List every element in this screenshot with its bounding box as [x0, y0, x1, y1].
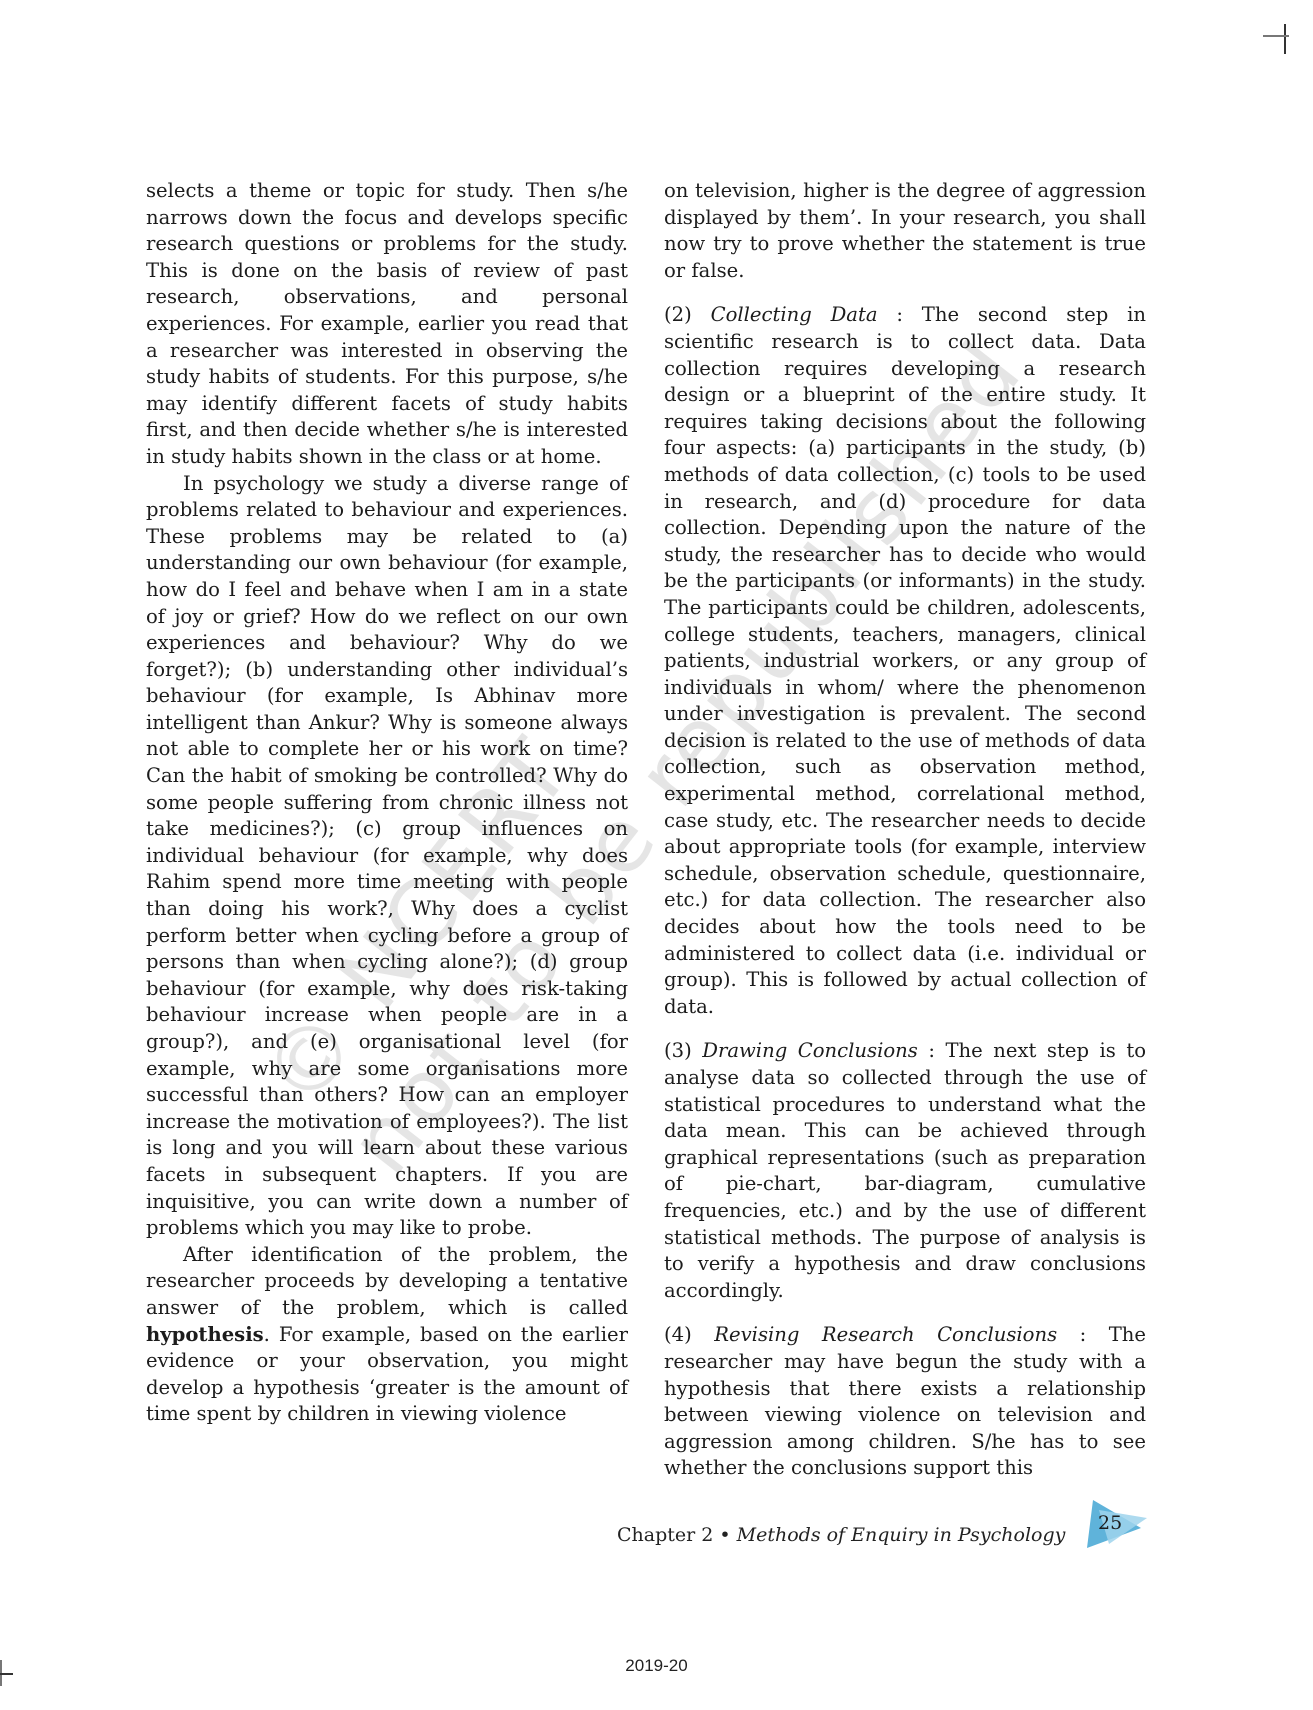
paragraph-hypothesis: After identification of the problem, the…	[146, 1242, 628, 1428]
step-4-heading: Revising Research Conclusions	[714, 1323, 1057, 1346]
step-2-heading: Collecting Data	[711, 303, 878, 326]
page-number: 25	[1098, 1512, 1122, 1534]
crop-mark-top-right-vertical	[1284, 24, 1286, 54]
step-4-number: (4)	[664, 1323, 714, 1346]
step-revising-conclusions: (4) Revising Research Conclusions : The …	[664, 1322, 1146, 1482]
step-3-number: (3)	[664, 1039, 702, 1062]
step-collecting-data: (2) Collecting Data : The second step in…	[664, 302, 1146, 1020]
running-footer: Chapter 2 • Methods of Enquiry in Psycho…	[617, 1524, 1065, 1546]
step-4-body: : The researcher may have begun the stud…	[664, 1323, 1146, 1479]
hypothesis-text-before: After identification of the problem, the…	[146, 1243, 628, 1319]
edition-year: 2019-20	[0, 1656, 1313, 1676]
paragraph-hypothesis-continued: on television, higher is the degree of a…	[664, 178, 1146, 284]
right-column: on television, higher is the degree of a…	[664, 178, 1146, 1482]
hypothesis-term: hypothesis	[146, 1323, 264, 1346]
footer-chapter-title: Methods of Enquiry in Psychology	[737, 1524, 1066, 1546]
step-drawing-conclusions: (3) Drawing Conclusions : The next step …	[664, 1038, 1146, 1304]
step-3-heading: Drawing Conclusions	[702, 1039, 918, 1062]
paragraph-psychology-problems: In psychology we study a diverse range o…	[146, 471, 628, 1242]
step-3-body: : The next step is to analyse data so co…	[664, 1039, 1146, 1301]
crop-mark-top-right-horizontal	[1263, 35, 1289, 37]
step-2-number: (2)	[664, 303, 711, 326]
step-2-body: : The second step in scientific research…	[664, 303, 1146, 1017]
footer-chapter: Chapter 2 •	[617, 1524, 737, 1546]
paragraph-research-problem: selects a theme or topic for study. Then…	[146, 178, 628, 471]
left-column: selects a theme or topic for study. Then…	[146, 178, 628, 1428]
